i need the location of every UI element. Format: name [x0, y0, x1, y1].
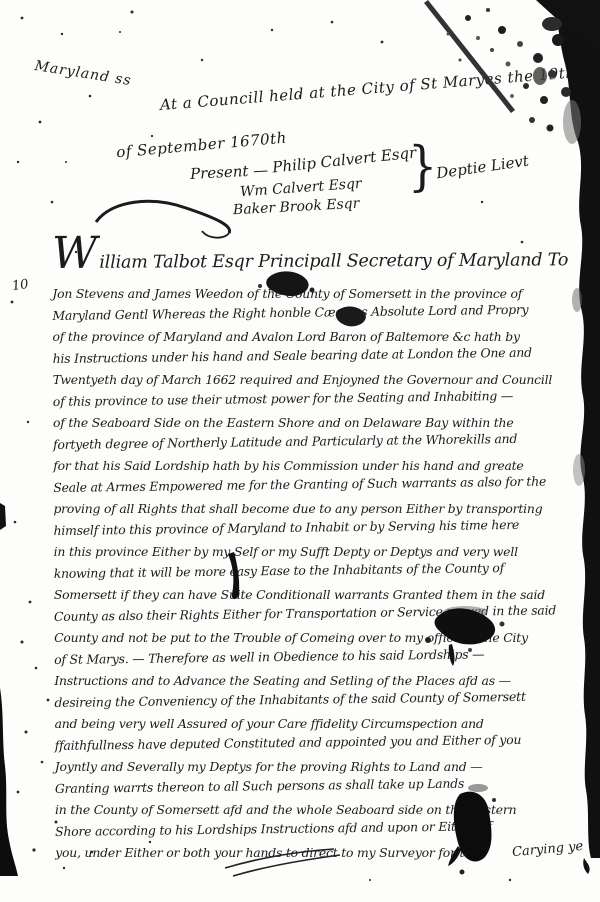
manuscript-body: William Talbot Esqr Principall Secretary…: [52, 231, 570, 863]
body-line: William Talbot Esqr Principall Secretary…: [52, 231, 567, 283]
heading-council-line: At a Councill held at the City of St Mar…: [159, 63, 576, 114]
heading-date-line: of September 1670th: [116, 129, 288, 162]
body-line: you, under Either or both your hands to …: [55, 842, 570, 864]
fold-crease-line: [424, 0, 515, 113]
present-label: Present —: [190, 161, 269, 183]
manuscript-page: Maryland ss 10 At a Councill held at the…: [0, 0, 600, 902]
left-edge-mark: [0, 503, 6, 530]
present-brace: }: [408, 140, 437, 193]
attendee-name: Philip Calvert Esqr: [271, 143, 417, 176]
left-edge-shadow: [0, 503, 18, 876]
margin-place-note: Maryland ss: [33, 58, 132, 89]
deputy-lieutenant-note: Deptie Lievt: [435, 152, 530, 183]
margin-folio-number: 10: [11, 277, 29, 294]
